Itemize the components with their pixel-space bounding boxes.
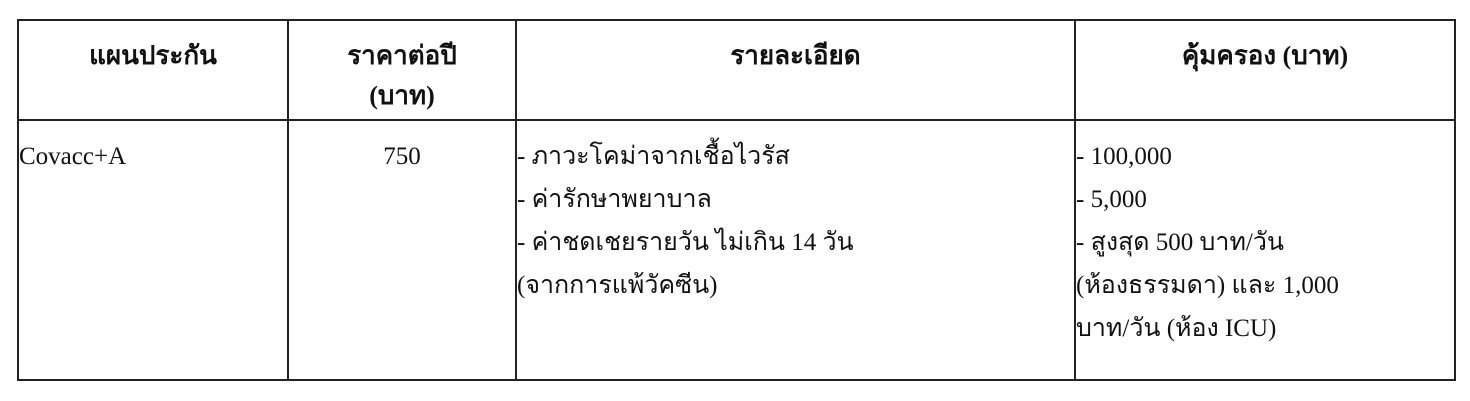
detail-item: - ภาวะโคม่าจากเชื้อไวรัส [517,135,1074,178]
coverage-item: บาท/วัน (ห้อง ICU) [1076,307,1454,350]
insurance-plan-table: แผนประกัน ราคาต่อปี (บาท) รายละเอียด คุ้… [17,19,1456,381]
cell-coverage: - 100,000 - 5,000 - สูงสุด 500 บาท/วัน (… [1075,120,1455,380]
header-price-unit: (บาท) [289,76,515,116]
plan-name: Covacc+A [19,135,287,178]
header-coverage-label: คุ้มครอง (บาท) [1076,36,1454,76]
plan-price: 750 [289,135,515,178]
detail-item: (จากการแพ้วัคซีน) [517,264,1074,307]
coverage-item: - 5,000 [1076,178,1454,221]
cell-plan: Covacc+A [18,120,288,380]
table-header-row: แผนประกัน ราคาต่อปี (บาท) รายละเอียด คุ้… [18,20,1455,120]
coverage-item: (ห้องธรรมดา) และ 1,000 [1076,264,1454,307]
header-detail: รายละเอียด [516,20,1075,120]
header-price: ราคาต่อปี (บาท) [288,20,516,120]
header-detail-label: รายละเอียด [517,36,1074,76]
coverage-item: - สูงสุด 500 บาท/วัน [1076,221,1454,264]
cell-price: 750 [288,120,516,380]
header-plan-label: แผนประกัน [19,36,287,76]
header-plan: แผนประกัน [18,20,288,120]
detail-item: - ค่าชดเชยรายวัน ไม่เกิน 14 วัน [517,221,1074,264]
cell-detail: - ภาวะโคม่าจากเชื้อไวรัส - ค่ารักษาพยาบา… [516,120,1075,380]
detail-item: - ค่ารักษาพยาบาล [517,178,1074,221]
coverage-item: - 100,000 [1076,135,1454,178]
header-coverage: คุ้มครอง (บาท) [1075,20,1455,120]
table-row: Covacc+A 750 - ภาวะโคม่าจากเชื้อไวรัส - … [18,120,1455,380]
header-price-label: ราคาต่อปี [289,36,515,76]
